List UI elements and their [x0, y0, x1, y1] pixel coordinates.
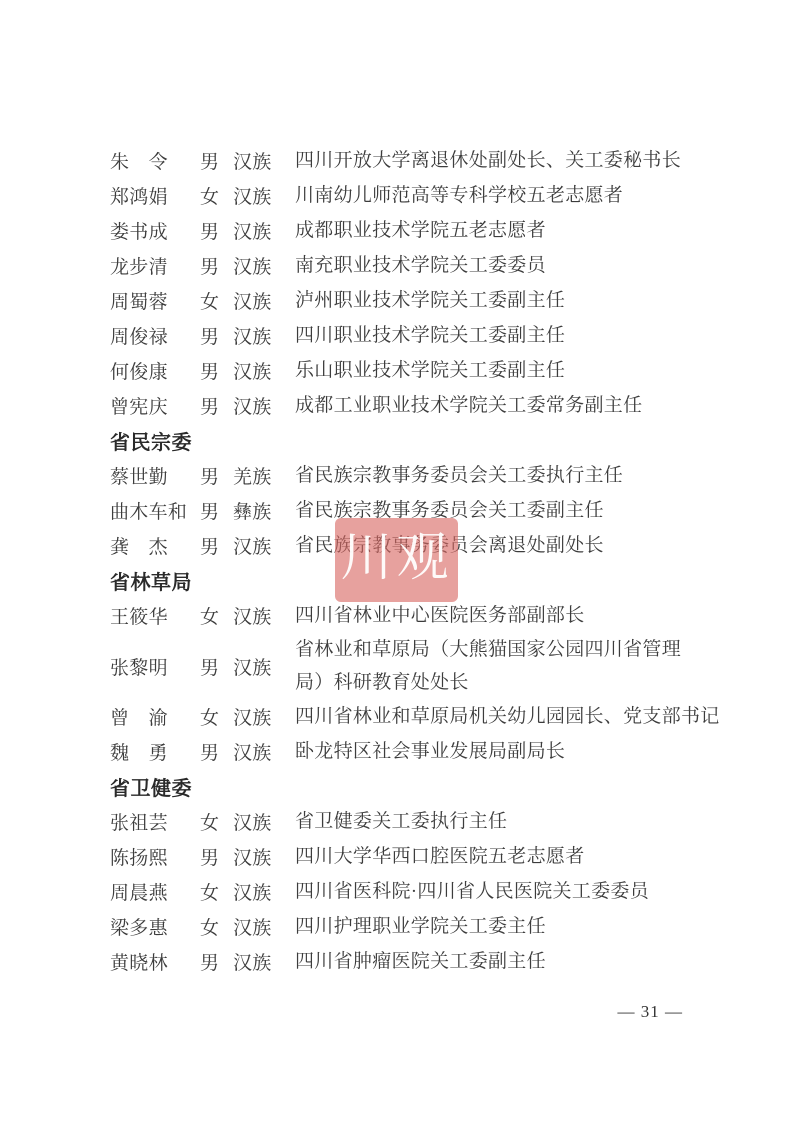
name-cell: 周晨燕: [110, 878, 200, 905]
name-cell: 郑鸿娟: [110, 182, 200, 209]
name-cell: 周蜀蓉: [110, 287, 200, 314]
gender-cell: 女: [200, 182, 233, 209]
position-cell: 四川省肿瘤医院关工委副主任: [295, 945, 685, 978]
gender-cell: 男: [200, 653, 233, 680]
position-cell: 卧龙特区社会事业发展局副局长: [295, 735, 685, 768]
position-cell: 省林业和草原局（大熊猫国家公园四川省管理局）科研教育处处长: [295, 633, 685, 699]
position-cell: 川南幼儿师范高等专科学校五老志愿者: [295, 179, 685, 212]
name-cell: 魏 勇: [110, 738, 200, 765]
ethnicity-cell: 彝族: [233, 497, 295, 524]
ethnicity-cell: 汉族: [233, 357, 295, 384]
ethnicity-cell: 汉族: [233, 287, 295, 314]
name-cell: 周俊禄: [110, 322, 200, 349]
table-row: 周晨燕女汉族四川省医科院·四川省人民医院关工委委员: [110, 874, 685, 909]
gender-cell: 男: [200, 357, 233, 384]
position-cell: 成都工业职业技术学院关工委常务副主任: [295, 389, 685, 422]
name-cell: 蔡世勤: [110, 462, 200, 489]
name-cell: 王筱华: [110, 602, 200, 629]
gender-cell: 女: [200, 602, 233, 629]
name-cell: 曲木车和: [110, 497, 200, 524]
table-row: 何俊康男汉族乐山职业技术学院关工委副主任: [110, 353, 685, 388]
ethnicity-cell: 汉族: [233, 653, 295, 680]
ethnicity-cell: 汉族: [233, 843, 295, 870]
ethnicity-cell: 汉族: [233, 913, 295, 940]
table-row: 蔡世勤男羌族省民族宗教事务委员会关工委执行主任: [110, 458, 685, 493]
position-cell: 四川护理职业学院关工委主任: [295, 910, 685, 943]
position-cell: 四川职业技术学院关工委副主任: [295, 319, 685, 352]
ethnicity-cell: 汉族: [233, 147, 295, 174]
table-row: 梁多惠女汉族四川护理职业学院关工委主任: [110, 909, 685, 944]
position-cell: 四川省林业中心医院医务部副部长: [295, 599, 685, 632]
table-row: 曾 渝女汉族四川省林业和草原局机关幼儿园园长、党支部书记: [110, 699, 685, 734]
section-title: 省民宗委: [110, 426, 192, 455]
table-row: 龚 杰男汉族省民族宗教事务委员会离退处副处长: [110, 528, 685, 563]
section-header-row: 省卫健委: [110, 769, 685, 804]
ethnicity-cell: 汉族: [233, 703, 295, 730]
section-header-row: 省民宗委: [110, 423, 685, 458]
ethnicity-cell: 汉族: [233, 948, 295, 975]
position-cell: 四川大学华西口腔医院五老志愿者: [295, 840, 685, 873]
position-cell: 省民族宗教事务委员会离退处副处长: [295, 529, 685, 562]
ethnicity-cell: 汉族: [233, 182, 295, 209]
name-cell: 张黎明: [110, 653, 200, 680]
name-cell: 张祖芸: [110, 808, 200, 835]
gender-cell: 男: [200, 497, 233, 524]
table-row: 曾宪庆男汉族成都工业职业技术学院关工委常务副主任: [110, 388, 685, 423]
table-row: 魏 勇男汉族卧龙特区社会事业发展局副局长: [110, 734, 685, 769]
position-cell: 省民族宗教事务委员会关工委执行主任: [295, 459, 685, 492]
name-cell: 娄书成: [110, 217, 200, 244]
table-row: 周俊禄男汉族四川职业技术学院关工委副主任: [110, 318, 685, 353]
ethnicity-cell: 汉族: [233, 878, 295, 905]
name-cell: 黄晓林: [110, 948, 200, 975]
table-row: 娄书成男汉族成都职业技术学院五老志愿者: [110, 213, 685, 248]
gender-cell: 男: [200, 322, 233, 349]
ethnicity-cell: 汉族: [233, 392, 295, 419]
ethnicity-cell: 羌族: [233, 462, 295, 489]
table-row: 郑鸿娟女汉族川南幼儿师范高等专科学校五老志愿者: [110, 178, 685, 213]
table-row: 曲木车和男彝族省民族宗教事务委员会关工委副主任: [110, 493, 685, 528]
table-row: 黄晓林男汉族四川省肿瘤医院关工委副主任: [110, 944, 685, 979]
position-cell: 乐山职业技术学院关工委副主任: [295, 354, 685, 387]
name-cell: 朱 令: [110, 147, 200, 174]
position-cell: 省民族宗教事务委员会关工委副主任: [295, 494, 685, 527]
gender-cell: 男: [200, 462, 233, 489]
gender-cell: 男: [200, 738, 233, 765]
name-cell: 龙步清: [110, 252, 200, 279]
table-row: 朱 令男汉族四川开放大学离退休处副处长、关工委秘书长: [110, 143, 685, 178]
table-row: 龙步清男汉族南充职业技术学院关工委委员: [110, 248, 685, 283]
table-row: 张黎明男汉族省林业和草原局（大熊猫国家公园四川省管理局）科研教育处处长: [110, 633, 685, 699]
position-cell: 四川省医科院·四川省人民医院关工委委员: [295, 875, 685, 908]
table-row: 周蜀蓉女汉族泸州职业技术学院关工委副主任: [110, 283, 685, 318]
position-cell: 南充职业技术学院关工委委员: [295, 249, 685, 282]
name-cell: 曾 渝: [110, 703, 200, 730]
section-title: 省卫健委: [110, 772, 192, 801]
table-row: 张祖芸女汉族省卫健委关工委执行主任: [110, 804, 685, 839]
ethnicity-cell: 汉族: [233, 532, 295, 559]
name-cell: 龚 杰: [110, 532, 200, 559]
ethnicity-cell: 汉族: [233, 602, 295, 629]
gender-cell: 男: [200, 392, 233, 419]
position-cell: 泸州职业技术学院关工委副主任: [295, 284, 685, 317]
position-cell: 省卫健委关工委执行主任: [295, 805, 685, 838]
gender-cell: 男: [200, 843, 233, 870]
table-row: 王筱华女汉族四川省林业中心医院医务部副部长: [110, 598, 685, 633]
name-cell: 陈扬熙: [110, 843, 200, 870]
gender-cell: 男: [200, 252, 233, 279]
gender-cell: 女: [200, 703, 233, 730]
gender-cell: 男: [200, 147, 233, 174]
position-cell: 成都职业技术学院五老志愿者: [295, 214, 685, 247]
ethnicity-cell: 汉族: [233, 217, 295, 244]
gender-cell: 男: [200, 217, 233, 244]
gender-cell: 女: [200, 878, 233, 905]
gender-cell: 女: [200, 808, 233, 835]
gender-cell: 男: [200, 948, 233, 975]
section-header-row: 省林草局: [110, 563, 685, 598]
name-cell: 曾宪庆: [110, 392, 200, 419]
name-cell: 梁多惠: [110, 913, 200, 940]
ethnicity-cell: 汉族: [233, 322, 295, 349]
document-page: 朱 令男汉族四川开放大学离退休处副处长、关工委秘书长郑鸿娟女汉族川南幼儿师范高等…: [0, 0, 793, 1122]
name-cell: 何俊康: [110, 357, 200, 384]
ethnicity-cell: 汉族: [233, 252, 295, 279]
section-title: 省林草局: [110, 566, 192, 595]
gender-cell: 女: [200, 913, 233, 940]
gender-cell: 男: [200, 532, 233, 559]
page-number: — 31 —: [618, 1002, 684, 1022]
position-cell: 四川省林业和草原局机关幼儿园园长、党支部书记: [295, 700, 685, 733]
position-cell: 四川开放大学离退休处副处长、关工委秘书长: [295, 144, 685, 177]
ethnicity-cell: 汉族: [233, 738, 295, 765]
ethnicity-cell: 汉族: [233, 808, 295, 835]
gender-cell: 女: [200, 287, 233, 314]
table-row: 陈扬熙男汉族四川大学华西口腔医院五老志愿者: [110, 839, 685, 874]
roster-table: 朱 令男汉族四川开放大学离退休处副处长、关工委秘书长郑鸿娟女汉族川南幼儿师范高等…: [110, 143, 685, 979]
